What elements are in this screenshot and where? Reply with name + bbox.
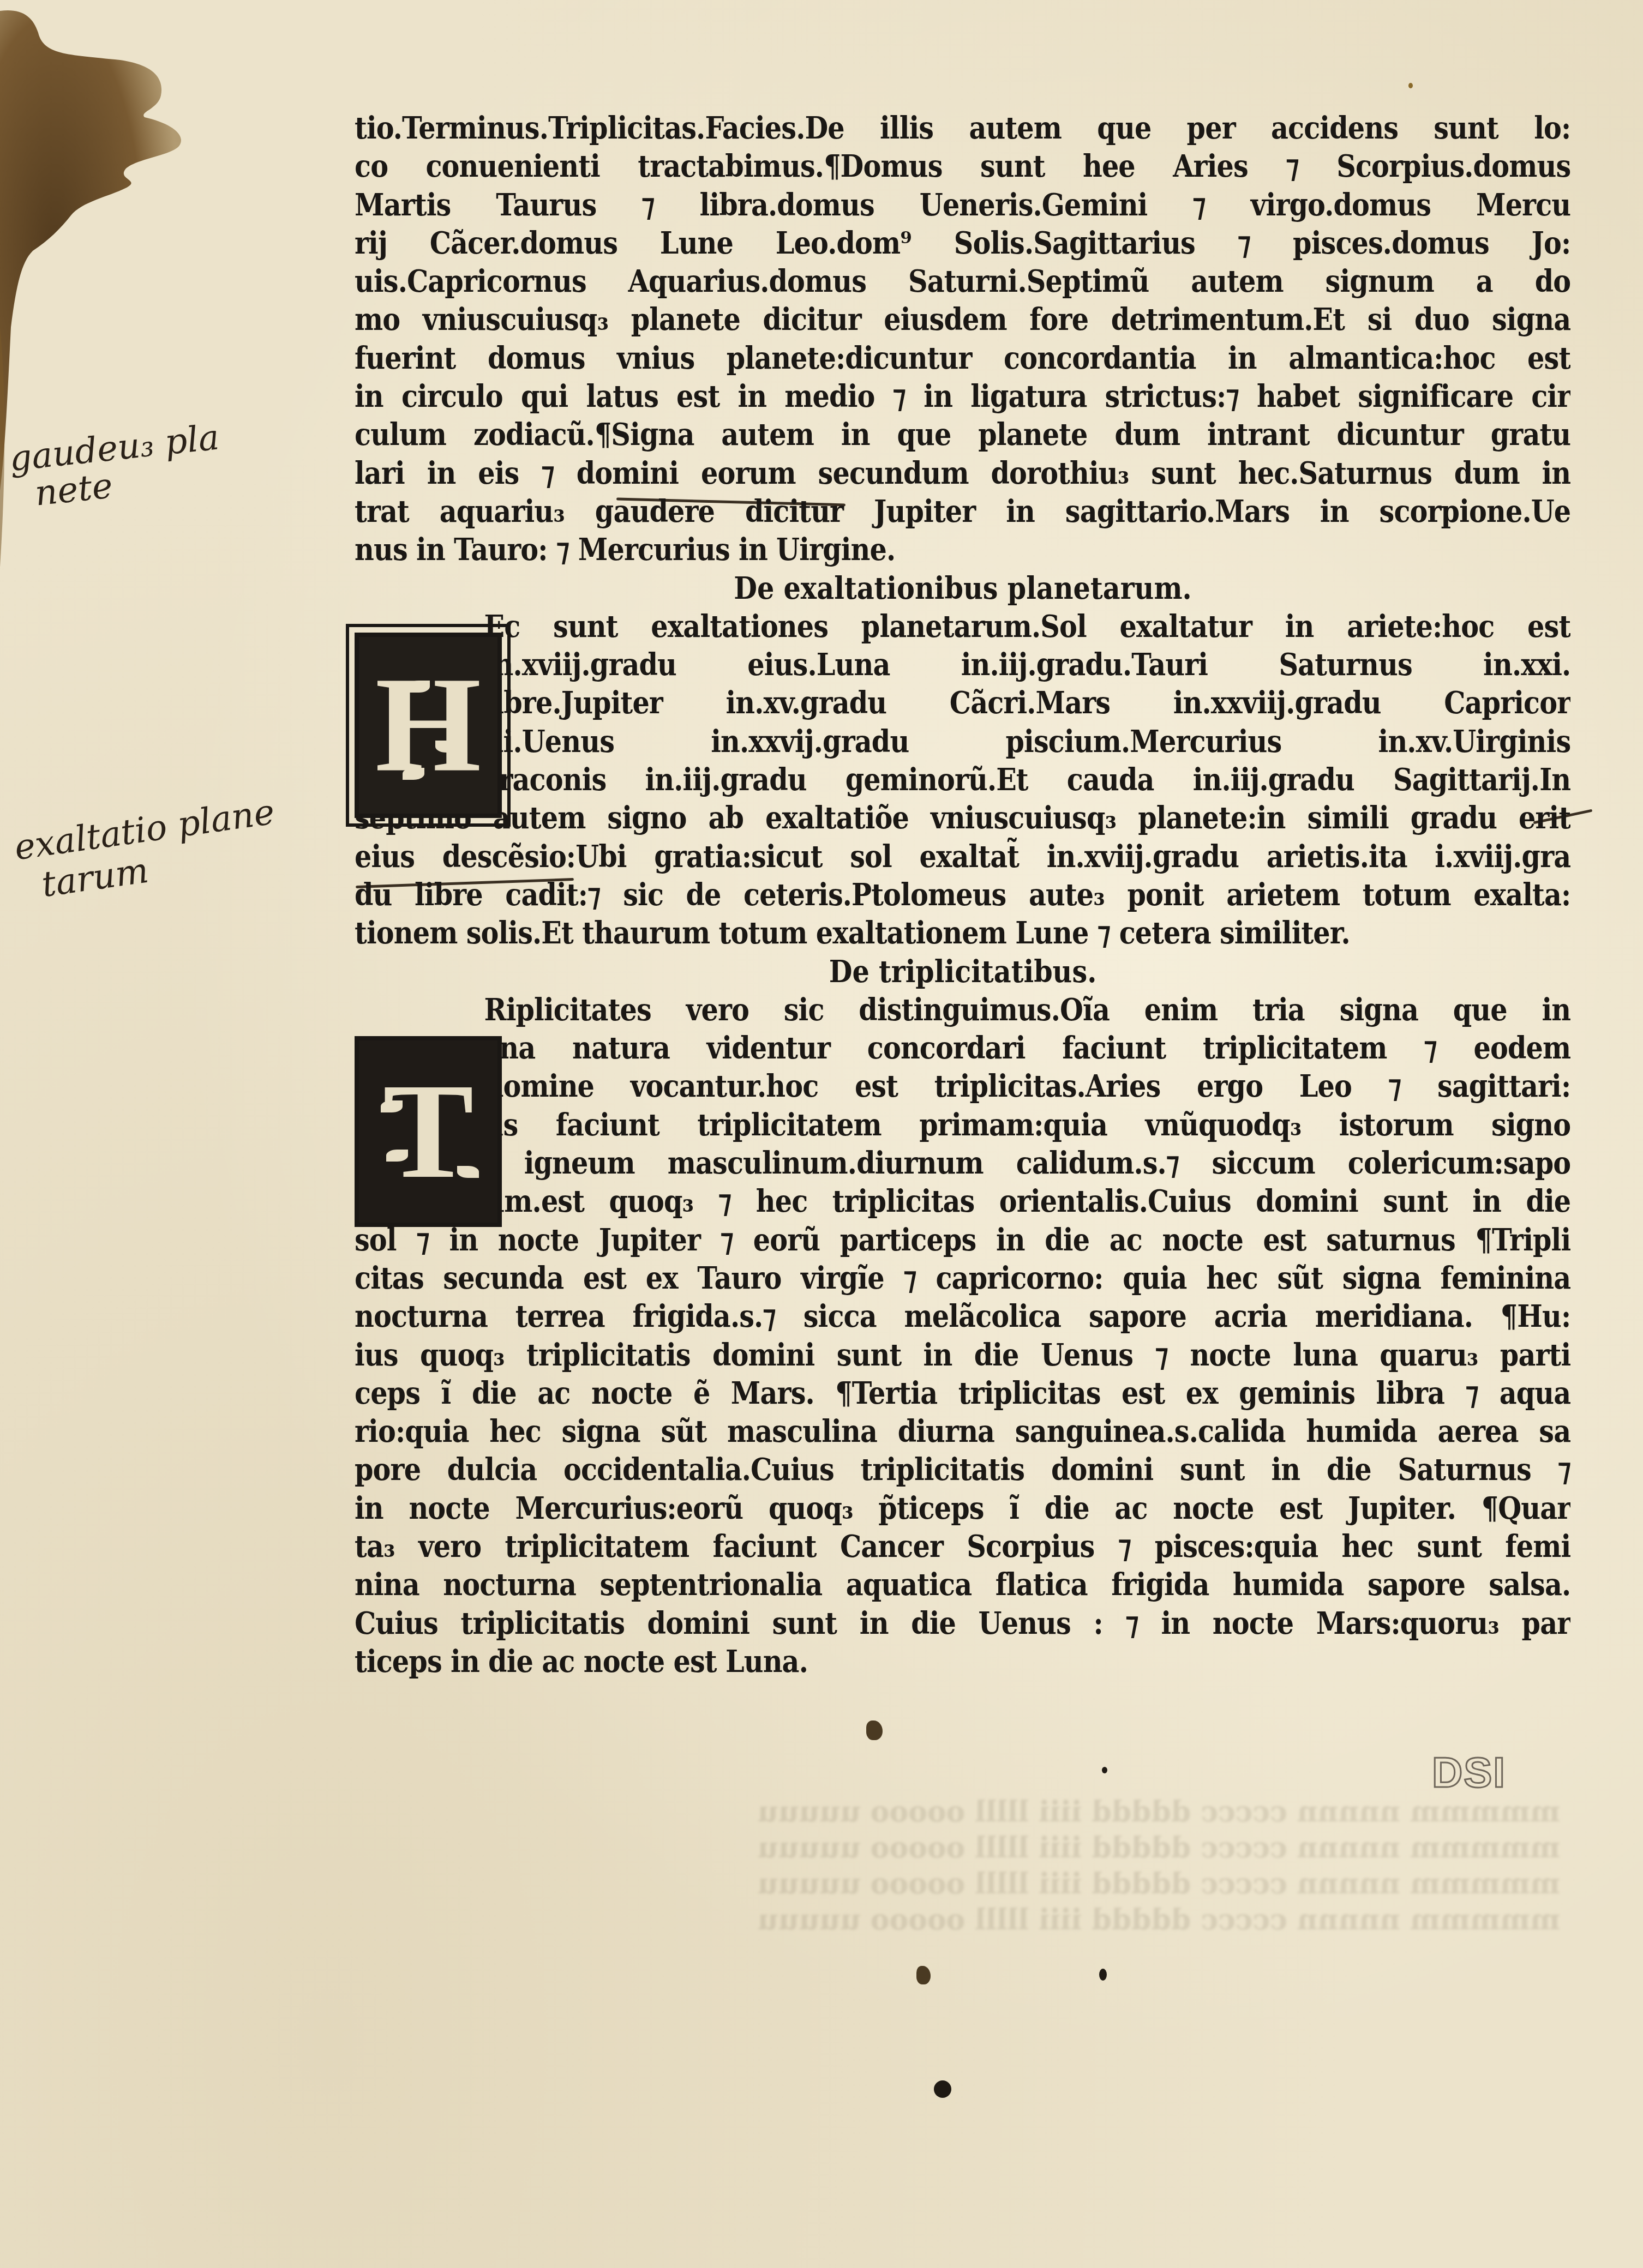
text-line: nomine vocantur.hoc est triplicitas.Arie… [355,1067,1570,1105]
text-line: ius quoq₃ triplicitatis domini sunt in d… [355,1336,1570,1374]
ink-speck [1102,1767,1107,1773]
text-line: re amarum.est quoq₃ ⁊ hec triplicitas or… [355,1182,1570,1220]
show-through-line: mmmmm nnnnn ccccc ddddd iiii lllll ooooo… [360,1794,1560,1830]
text-line: Ec sunt exaltationes planetarum.Sol exal… [355,607,1570,646]
text-line: ticeps in die ac nocte est Luna. [355,1643,1570,1681]
initial-letter-t: T [383,1063,474,1200]
text-line: co conuenienti tractabimus.¶Domus sunt h… [355,147,1570,185]
verso-show-through: mmmmm nnnnn ccccc ddddd iiii lllll ooooo… [360,1794,1560,1938]
section-heading-triplicities: De triplicitatibus. [428,953,1498,991]
text-line: rio:quia hec signa sũt masculina diurna … [355,1412,1570,1451]
text-line: lari in eis ⁊ domini eorum secundum doro… [355,454,1570,492]
text-line: Martis Taurus ⁊ libra.domus Ueneris.Gemi… [355,186,1570,224]
text-line: uis.Capricornus Aquarius.domus Saturni.S… [355,262,1570,300]
text-line: Caput draconis in.iij.gradu geminorũ.Et … [355,761,1570,799]
text-line: ceps ĩ die ac nocte ẽ Mars. ¶Tertia trip… [355,1374,1570,1412]
text-line: vna natura videntur concordari faciunt t… [355,1029,1570,1067]
text-line: culum zodiacũ.¶Signa autem in que planet… [355,416,1570,454]
text-line: nus in Tauro: ⁊ Mercurius in Uirgine. [355,531,1570,569]
text-line: Cuius triplicitatis domini sunt in die U… [355,1604,1570,1643]
paper-damage-speck [866,1720,883,1740]
text-line: nina nocturna septentrionalia aquatica f… [355,1566,1570,1604]
text-line: ni.Uenus in.xxvij.gradu piscium.Mercuriu… [355,723,1570,761]
text-line: rum est igneum masculinum.diurnum calidu… [355,1144,1570,1182]
woodcut-initial-t: T [355,1036,502,1227]
text-line: eius descẽsio:Ubi gratia:sicut sol exalt… [355,838,1570,876]
text-line: Riplicitates vero sic distinguimus.Oĩa e… [355,991,1570,1029]
text-line: ta₃ vero triplicitatem faciunt Cancer Sc… [355,1527,1570,1566]
marginal-note-2: exaltatio plane tarum [13,795,283,905]
text-line: du libre cadit:⁊ sic de ceteris.Ptolomeu… [355,876,1570,914]
text-line: tionem solis.Et thaurum totum exaltation… [355,914,1570,952]
paper-damage-speck [916,1966,931,1984]
text-line: mo vniuscuiusq₃ planete dicitur eiusdem … [355,300,1570,339]
text-line: us faciunt triplicitatem primam:quia vnũ… [355,1106,1570,1144]
ink-speck [1408,83,1413,88]
text-line: nocturna terrea frigida.s.⁊ sicca melãco… [355,1297,1570,1335]
text-line: libre.Jupiter in.xv.gradu Cãcri.Mars in.… [355,684,1570,722]
text-line: in circulo qui latus est in medio ⁊ in l… [355,377,1570,416]
text-line: in nocte Mercurius:eorũ quoq₃ p̃ticeps ĩ… [355,1489,1570,1527]
text-line: citas secunda est ex Tauro virgĩe ⁊ capr… [355,1259,1570,1297]
text-line: sol ⁊ in nocte Jupiter ⁊ eorũ particeps … [355,1221,1570,1259]
show-through-line: mmmmm nnnnn ccccc ddddd iiii lllll ooooo… [360,1866,1560,1902]
text-line: tio.Terminus.Triplicitas.Facies.De illis… [355,109,1570,147]
show-through-line: mmmmm nnnnn ccccc ddddd iiii lllll ooooo… [360,1902,1560,1938]
text-line: rij Cãcer.domus Lune Leo.dom⁹ Solis.Sagi… [355,224,1570,262]
show-through-line: mmmmm nnnnn ccccc ddddd iiii lllll ooooo… [360,1830,1560,1866]
ink-speck [934,2080,951,2098]
text-line: pore dulcia occidentalia.Cuius triplicit… [355,1451,1570,1489]
section-heading-exaltations: De exaltationibus planetarum. [428,569,1498,607]
marginal-note-1: gaudeu₃ pla nete [8,420,225,514]
woodcut-initial-h: H [355,633,502,818]
printed-text-block: tio.Terminus.Triplicitas.Facies.De illis… [355,109,1571,1681]
ink-speck [1099,1969,1107,1981]
text-line: in.xviij.gradu eius.Luna in.iij.gradu.Ta… [355,646,1570,684]
text-line: fuerint domus vnius planete:dicuntur con… [355,339,1570,377]
initial-letter-h: H [375,657,481,793]
folio-stamp: DSI [1432,1748,1506,1797]
text-line: septimo autem signo ab exaltatiõe vniusc… [355,799,1570,837]
text-line: trat aquariu₃ gaudere dicitur Jupiter in… [355,492,1570,531]
